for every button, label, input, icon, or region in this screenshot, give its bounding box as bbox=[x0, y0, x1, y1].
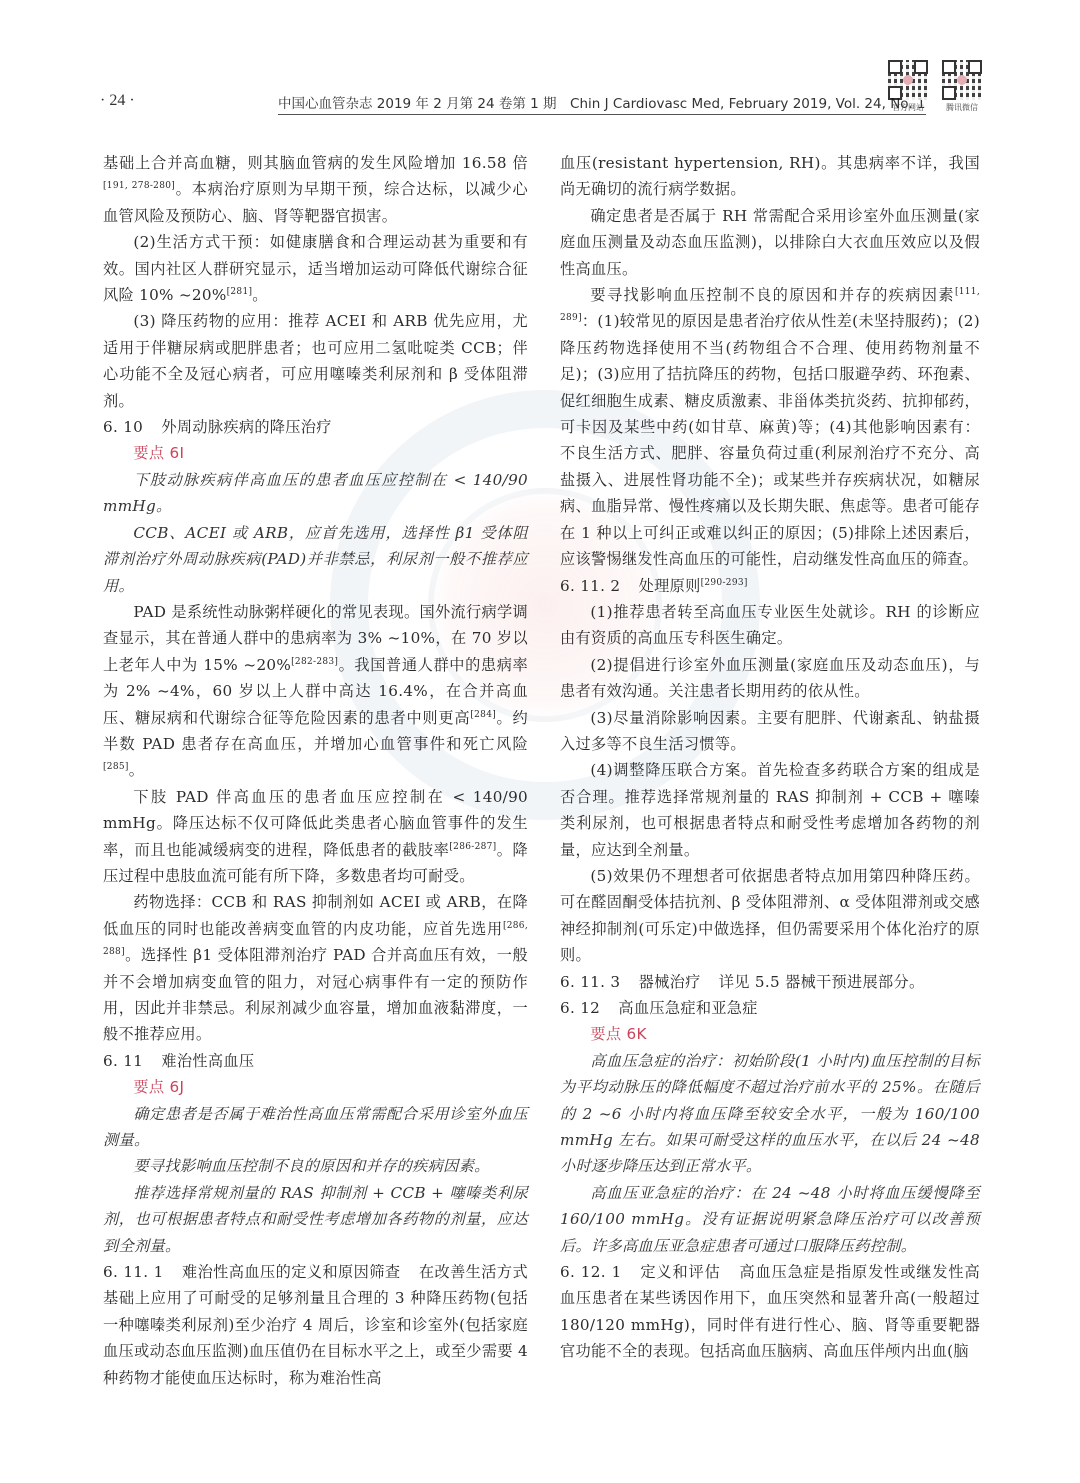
qr-label: 官方网站 bbox=[892, 102, 924, 113]
body-text: 药物选择：CCB 和 RAS 抑制剂如 ACEI 或 ARB，在降低血压的同时也… bbox=[103, 893, 528, 937]
qr-wechat[interactable]: 腾讯微信 bbox=[942, 60, 982, 113]
section-title: 难治性高血压 bbox=[161, 1052, 254, 1070]
paragraph: 要寻找影响血压控制不良的原因和并存的疾病因素[111, 289]：(1)较常见的… bbox=[560, 282, 980, 572]
section-heading: 6. 12高血压急症和亚急症 bbox=[560, 995, 980, 1021]
body-text: 确定患者是否属于 RH 常需配合采用诊室外血压测量(家庭血压测量及动态血压监测)… bbox=[560, 207, 980, 278]
keypoint-label: 要点 6J bbox=[103, 1074, 528, 1100]
body-text: 在改善生活方式基础上应用了可耐受的足够剂量且合理的 3 种降压药物(包括一种噻嗪… bbox=[103, 1263, 528, 1387]
section-number: 6. 12. 1 bbox=[560, 1263, 622, 1281]
body-text: 要寻找影响血压控制不良的原因和并存的疾病因素。 bbox=[133, 1157, 489, 1175]
section-number: 6. 10 bbox=[103, 418, 143, 436]
section-heading: 6. 11难治性高血压 bbox=[103, 1048, 528, 1074]
qr-code-icon bbox=[888, 60, 928, 100]
paragraph: (4)调整降压联合方案。首先检查多药联合方案的组成是否合理。推荐选择常规剂量的 … bbox=[560, 757, 980, 863]
section-title: 定义和评估 bbox=[640, 1263, 721, 1281]
body-text: 。 bbox=[129, 761, 145, 779]
page-number: · 24 · bbox=[100, 92, 135, 110]
citation: [286-287] bbox=[449, 842, 496, 852]
qr-codes: 官方网站 腾讯微信 bbox=[888, 60, 982, 113]
paragraph: (2)生活方式干预：如健康膳食和合理运动甚为重要和有效。国内社区人群研究显示，适… bbox=[103, 229, 528, 308]
body-text: 高血压亚急症的治疗：在 24 ~48 小时将血压缓慢降至 160/100 mmH… bbox=[560, 1184, 980, 1255]
section-title: 外周动脉疾病的降压治疗 bbox=[161, 418, 331, 436]
body-text: 高血压急症的治疗：初始阶段(1 小时内)血压控制的目标为平均动脉压的降低幅度不超… bbox=[560, 1052, 980, 1176]
keypoint-text: 要寻找影响血压控制不良的原因和并存的疾病因素。 bbox=[103, 1153, 528, 1179]
section-heading: 6. 11. 1难治性高血压的定义和原因筛查在改善生活方式基础上应用了可耐受的足… bbox=[103, 1259, 528, 1391]
section-heading: 6. 12. 1定义和评估高血压急症是指原发性或继发性高血压患者在某些诱因作用下… bbox=[560, 1259, 980, 1365]
section-title: 器械治疗 bbox=[639, 973, 701, 991]
body-text: 推荐选择常规剂量的 RAS 抑制剂 + CCB + 噻嗪类利尿剂，也可根据患者特… bbox=[103, 1184, 528, 1255]
citation: [281] bbox=[227, 287, 253, 297]
keypoint-text: 确定患者是否属于难治性高血压常需配合采用诊室外血压测量。 bbox=[103, 1101, 528, 1154]
section-title: 高血压急症和亚急症 bbox=[618, 999, 757, 1017]
body-text: (5)效果仍不理想者可依据患者特点加用第四种降压药。可在醛固酮受体拮抗剂、β 受… bbox=[560, 867, 980, 964]
body-text: 确定患者是否属于难治性高血压常需配合采用诊室外血压测量。 bbox=[103, 1105, 528, 1149]
keypoint-text: 高血压亚急症的治疗：在 24 ~48 小时将血压缓慢降至 160/100 mmH… bbox=[560, 1180, 980, 1259]
section-heading: 6. 11. 3器械治疗详见 5.5 器械干预进展部分。 bbox=[560, 969, 980, 995]
section-title: 处理原则 bbox=[639, 577, 701, 595]
keypoint-text: CCB、ACEI 或 ARB，应首先选用，选择性 β1 受体阻滞剂治疗外周动脉疾… bbox=[103, 520, 528, 599]
paragraph: 确定患者是否属于 RH 常需配合采用诊室外血压测量(家庭血压测量及动态血压监测)… bbox=[560, 203, 980, 282]
citation: [290-293] bbox=[701, 578, 748, 588]
section-heading: 6. 11. 2处理原则[290-293] bbox=[560, 573, 980, 599]
paragraph: (3)尽量消除影响因素。主要有肥胖、代谢紊乱、钠盐摄入过多等不良生活习惯等。 bbox=[560, 705, 980, 758]
keypoint-label: 要点 6I bbox=[103, 440, 528, 466]
keypoint-label: 要点 6K bbox=[560, 1021, 980, 1047]
paragraph: (3) 降压药物的应用：推荐 ACEI 和 ARB 优先应用，尤适用于伴糖尿病或… bbox=[103, 308, 528, 414]
body-text: 高血压急症是指原发性或继发性高血压患者在某些诱因作用下，血压突然和显著升高(一般… bbox=[560, 1263, 980, 1360]
body-text: (4)调整降压联合方案。首先检查多药联合方案的组成是否合理。推荐选择常规剂量的 … bbox=[560, 761, 980, 858]
citation: [191, 278-280] bbox=[103, 181, 175, 191]
body-text: (2)提倡进行诊室外血压测量(家庭血压及动态血压)，与患者有效沟通。关注患者长期… bbox=[560, 656, 980, 700]
body-text: 血压(resistant hypertension, RH)。其患病率不详，我国… bbox=[560, 154, 980, 198]
paragraph: 血压(resistant hypertension, RH)。其患病率不详，我国… bbox=[560, 150, 980, 203]
qr-official-site[interactable]: 官方网站 bbox=[888, 60, 928, 113]
body-text: 下肢动脉疾病伴高血压的患者血压应控制在 < 140/90 mmHg。 bbox=[103, 471, 528, 515]
running-head: 中国心血管杂志 2019 年 2 月第 24 卷第 1 期 Chin J Car… bbox=[278, 92, 926, 115]
paragraph: (5)效果仍不理想者可依据患者特点加用第四种降压药。可在醛固酮受体拮抗剂、β 受… bbox=[560, 863, 980, 969]
left-column: 基础上合并高血糖，则其脑血管病的发生风险增加 16.58 倍[191, 278-… bbox=[103, 150, 528, 1391]
section-number: 6. 12 bbox=[560, 999, 600, 1017]
right-column: 血压(resistant hypertension, RH)。其患病率不详，我国… bbox=[560, 150, 980, 1365]
body-text: 。 bbox=[252, 286, 268, 304]
citation: [282-283] bbox=[291, 657, 338, 667]
body-text: (2)生活方式干预：如健康膳食和合理运动甚为重要和有效。国内社区人群研究显示，适… bbox=[103, 233, 528, 304]
body-text: 基础上合并高血糖，则其脑血管病的发生风险增加 16.58 倍 bbox=[103, 154, 528, 172]
qr-code-icon bbox=[942, 60, 982, 100]
page-header: · 24 · 中国心血管杂志 2019 年 2 月第 24 卷第 1 期 Chi… bbox=[100, 60, 990, 120]
body-text: (3) 降压药物的应用：推荐 ACEI 和 ARB 优先应用，尤适用于伴糖尿病或… bbox=[103, 312, 528, 409]
body-text: (1)推荐患者转至高血压专业医生处就诊。RH 的诊断应由有资质的高血压专科医生确… bbox=[560, 603, 980, 647]
section-number: 6. 11. 2 bbox=[560, 577, 620, 595]
paragraph: PAD 是系统性动脉粥样硬化的常见表现。国外流行病学调查显示，其在普通人群中的患… bbox=[103, 599, 528, 784]
section-number: 6. 11. 1 bbox=[103, 1263, 164, 1281]
body-text: CCB、ACEI 或 ARB，应首先选用，选择性 β1 受体阻滞剂治疗外周动脉疾… bbox=[103, 524, 528, 595]
paragraph: 药物选择：CCB 和 RAS 抑制剂如 ACEI 或 ARB，在降低血压的同时也… bbox=[103, 889, 528, 1047]
body-text: 。选择性 β1 受体阻滞剂治疗 PAD 合并高血压有效，一般并不会增加病变血管的… bbox=[103, 946, 528, 1043]
citation: [284] bbox=[470, 710, 496, 720]
section-heading: 6. 10外周动脉疾病的降压治疗 bbox=[103, 414, 528, 440]
keypoint-text: 高血压急症的治疗：初始阶段(1 小时内)血压控制的目标为平均动脉压的降低幅度不超… bbox=[560, 1048, 980, 1180]
section-number: 6. 11. 3 bbox=[560, 973, 620, 991]
qr-label: 腾讯微信 bbox=[946, 102, 978, 113]
citation: [285] bbox=[103, 762, 129, 772]
section-number: 6. 11 bbox=[103, 1052, 143, 1070]
body-text: ：(1)较常见的原因是患者治疗依从性差(未坚持服药)；(2)降压药物选择使用不当… bbox=[560, 312, 980, 568]
body-text: 详见 5.5 器械干预进展部分。 bbox=[719, 973, 925, 991]
paragraph: (2)提倡进行诊室外血压测量(家庭血压及动态血压)，与患者有效沟通。关注患者长期… bbox=[560, 652, 980, 705]
paragraph: 基础上合并高血糖，则其脑血管病的发生风险增加 16.58 倍[191, 278-… bbox=[103, 150, 528, 229]
keypoint-text: 推荐选择常规剂量的 RAS 抑制剂 + CCB + 噻嗪类利尿剂，也可根据患者特… bbox=[103, 1180, 528, 1259]
paragraph: 下肢 PAD 伴高血压的患者血压应控制在 < 140/90 mmHg。降压达标不… bbox=[103, 784, 528, 890]
body-text: (3)尽量消除影响因素。主要有肥胖、代谢紊乱、钠盐摄入过多等不良生活习惯等。 bbox=[560, 709, 980, 753]
body-text: 要寻找影响血压控制不良的原因和并存的疾病因素 bbox=[590, 286, 955, 304]
keypoint-text: 下肢动脉疾病伴高血压的患者血压应控制在 < 140/90 mmHg。 bbox=[103, 467, 528, 520]
paragraph: (1)推荐患者转至高血压专业医生处就诊。RH 的诊断应由有资质的高血压专科医生确… bbox=[560, 599, 980, 652]
section-title: 难治性高血压的定义和原因筛查 bbox=[182, 1263, 401, 1281]
